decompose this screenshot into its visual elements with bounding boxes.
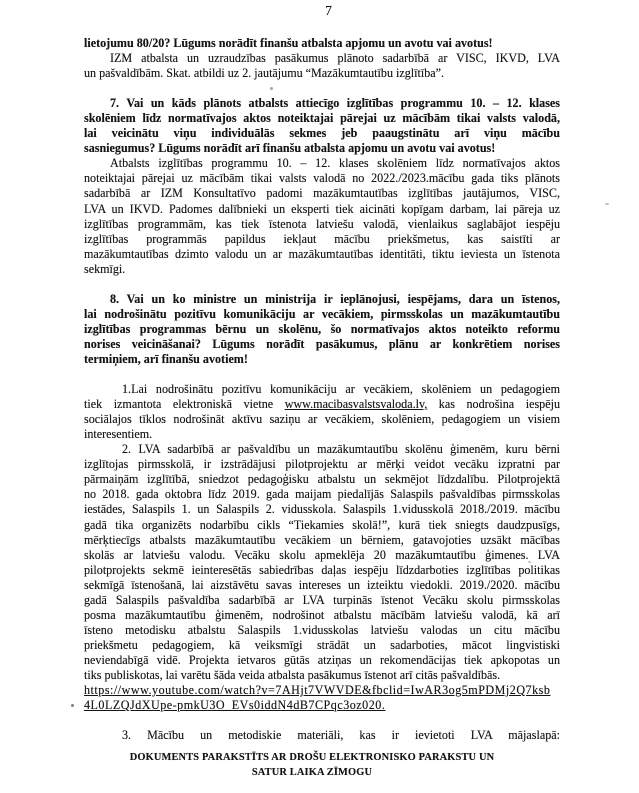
text-segment: skolēniem līdz normatīvajos aktos noteik… [84, 111, 560, 125]
text-line: pilotprojekts sekmē ieinteresētās sabied… [84, 563, 560, 578]
scan-artifact-dot [605, 203, 609, 205]
text-line: 3. Mācību un metodiskie materiāli, kas i… [84, 728, 560, 743]
text-line: īsteno metodisku atbalstu Salaspils 1.vi… [84, 623, 560, 638]
text-segment: gadā Salaspils pašvaldība sadarbībā ar L… [84, 593, 560, 607]
text-line: no 2018. gada oktobra līdz 2019. gada ma… [84, 487, 560, 502]
signature-footer: DOKUMENTS PARAKSTĪTS AR DROŠU ELEKTRONIS… [74, 751, 550, 781]
text-segment: izglītības programmās papildus iekļaut m… [84, 232, 560, 246]
hyperlink-line: https://www.youtube.com/watch?v=7AHjt7VW… [84, 683, 560, 698]
text-line: tiek izmantota elektroniskā vietne www.m… [84, 397, 560, 412]
text-segment: priekšmetu pedagogiem, kā veiksmīgi strā… [84, 638, 560, 652]
text-segment: lai veicinātu viņu individuālās sekmes j… [84, 126, 560, 140]
text-segment: mazākumtautības dzimto valodu un ar mazā… [84, 247, 560, 261]
text-line: sasniegumus? Lūgums norādīt arī finanšu … [84, 141, 560, 156]
text-line: Atbalsts izglītības programmu 10. – 12. … [84, 156, 560, 171]
text-segment: neviendabīgā vidē. Projekta ietvaros gūt… [84, 653, 560, 667]
text-line: norises veicināšanai? Lūgums norādīt pas… [84, 337, 560, 352]
footer-line-1: DOKUMENTS PARAKSTĪTS AR DROŠU ELEKTRONIS… [74, 751, 550, 766]
text-segment: īsteno metodisku atbalstu Salaspils 1.vi… [84, 623, 560, 637]
text-line: pārmaiņām izglītībā, sniedzot pedagoģisk… [84, 472, 560, 487]
text-segment: lietojumu 80/20? Lūgums norādīt finanšu … [84, 36, 493, 50]
text-segment: 3. Mācību un metodiskie materiāli, kas i… [122, 728, 560, 742]
text-segment: skolās ar latviešu valodu. Vecāku skolu … [84, 548, 560, 562]
text-segment: pilotprojekts sekmē ieinteresētās sabied… [84, 563, 560, 577]
text-line: interesentiem. [84, 427, 560, 442]
text-segment: mērķtiecīgs atbalsts mazākumtautību vecā… [84, 533, 560, 547]
text-line: tiks publiskotas, lai varētu šāda veida … [84, 668, 560, 683]
text-line: skolēniem līdz normatīvajos aktos noteik… [84, 111, 560, 126]
text-line: izglītojas pirmsskolā, ir izstrādājusi p… [84, 457, 560, 472]
text-line: izglītības programmas bērnu un skolēnu, … [84, 322, 560, 337]
text-line: 7. Vai un kāds plānots atbalsts attiecīg… [84, 96, 560, 111]
text-line: sadarbībā ar IZM Konsultatīvo padomi maz… [84, 186, 560, 201]
question-8: 8. Vai un ko ministre un ministrija ir i… [84, 292, 560, 367]
text-line: lietojumu 80/20? Lūgums norādīt finanšu … [84, 36, 560, 51]
scan-artifact-dot [528, 561, 531, 563]
text-line: neviendabīgā vidē. Projekta ietvaros gūt… [84, 653, 560, 668]
text-line: IZM atbalsta un uzraudzības pasākumus pl… [84, 51, 560, 66]
answer-8-item-1: 1.Lai nodrošinātu pozitīvu komunikāciju … [84, 382, 560, 442]
text-line: sociālajos tīklos nodrošināt aktīvu sazi… [84, 412, 560, 427]
text-segment: sociālajos tīklos nodrošināt aktīvu sazi… [84, 412, 560, 426]
text-segment: gadā tika organizēts nodarbību cikls “Ti… [84, 518, 560, 532]
scan-artifact-dot [71, 704, 74, 707]
text-line: sekmīgi. [84, 262, 560, 277]
footer-line-2: SATUR LAIKA ZĪMOGU [74, 766, 550, 781]
text-line: 2. LVA sadarbībā ar pašvaldību un mazāku… [84, 442, 560, 457]
link-text[interactable]: 4L0LZQJdXUpe-pmkU3O_EVs0iddN4dB7CPqc3oz0… [84, 698, 385, 712]
link-text[interactable]: https://www.youtube.com/watch?v=7AHjt7VW… [84, 683, 550, 697]
text-line: mērķtiecīgs atbalsts mazākumtautību vecā… [84, 533, 560, 548]
answer-6-izm: IZM atbalsta un uzraudzības pasākumus pl… [84, 51, 560, 81]
text-segment: iestādes, Salaspils 1. un Salaspils 2. v… [84, 502, 560, 516]
scan-artifact-dot [270, 87, 273, 90]
text-segment: 2. LVA sadarbībā ar pašvaldību un mazāku… [122, 442, 560, 456]
text-segment: kas nodrošina iespēju [427, 397, 560, 411]
text-segment: sekmīgi. [84, 262, 125, 276]
text-segment: izglītojas pirmsskolā, ir izstrādājusi p… [84, 457, 560, 471]
text-segment: tiks publiskotas, lai varētu šāda veida … [84, 668, 500, 682]
answer-8-item-3: 3. Mācību un metodiskie materiāli, kas i… [84, 728, 560, 743]
text-line: termiņiem, arī finanšu avotiem! [84, 352, 560, 367]
text-line: izglītības programmām, kas tiek īstenota… [84, 217, 560, 232]
text-line: iestādes, Salaspils 1. un Salaspils 2. v… [84, 502, 560, 517]
text-segment: LVA un IKVD. Padomes dalībnieki un ekspe… [84, 202, 560, 216]
document-body: lietojumu 80/20? Lūgums norādīt finanšu … [84, 36, 560, 743]
text-segment: 7. Vai un kāds plānots atbalsts attiecīg… [110, 96, 560, 110]
text-line: izglītības programmās papildus iekļaut m… [84, 232, 560, 247]
text-segment: posma mazākumtautību ģimenēm, nodrošinot… [84, 608, 560, 622]
text-line: gadā tika organizēts nodarbību cikls “Ti… [84, 518, 560, 533]
text-segment: sasniegumus? Lūgums norādīt arī finanšu … [84, 141, 495, 155]
text-line: skolās ar latviešu valodu. Vecāku skolu … [84, 548, 560, 563]
text-line: priekšmetu pedagogiem, kā veiksmīgi strā… [84, 638, 560, 653]
text-line: mazākumtautības dzimto valodu un ar mazā… [84, 247, 560, 262]
text-line: un pašvaldībām. Skat. atbildi uz 2. jaut… [84, 66, 560, 81]
text-segment: interesentiem. [84, 427, 152, 441]
text-segment: izglītības programmas bērnu un skolēnu, … [84, 322, 560, 336]
text-segment: un pašvaldībām. Skat. atbildi uz 2. jaut… [84, 66, 444, 80]
text-line: 1.Lai nodrošinātu pozitīvu komunikāciju … [84, 382, 560, 397]
text-segment: pārmaiņām izglītībā, sniedzot pedagoģisk… [84, 472, 560, 486]
text-line: LVA un IKVD. Padomes dalībnieki un ekspe… [84, 202, 560, 217]
text-segment: lai nodrošinātu pozitīvu komunikāciju ar… [84, 307, 560, 321]
text-line: gadā Salaspils pašvaldība sadarbībā ar L… [84, 593, 560, 608]
text-line: 8. Vai un ko ministre un ministrija ir i… [84, 292, 560, 307]
text-segment: tiek izmantota elektroniskā vietne [84, 397, 285, 411]
text-segment: IZM atbalsta un uzraudzības pasākumus pl… [110, 51, 560, 65]
text-segment: 8. Vai un ko ministre un ministrija ir i… [110, 292, 560, 306]
hyperlink-line: 4L0LZQJdXUpe-pmkU3O_EVs0iddN4dB7CPqc3oz0… [84, 698, 560, 713]
page-number: 7 [0, 3, 639, 19]
question-7: 7. Vai un kāds plānots atbalsts attiecīg… [84, 96, 560, 156]
scanned-document-page: 7 lietojumu 80/20? Lūgums norādīt finanš… [0, 0, 639, 793]
text-segment: termiņiem, arī finanšu avotiem! [84, 352, 248, 366]
text-segment: no 2018. gada oktobra līdz 2019. gada ma… [84, 487, 560, 501]
text-segment: sekmīgā īstenošanā, lai aizstāvētu savas… [84, 578, 560, 592]
text-segment: sadarbībā ar IZM Konsultatīvo padomi maz… [84, 186, 560, 200]
text-line: lai nodrošinātu pozitīvu komunikāciju ar… [84, 307, 560, 322]
answer-7: Atbalsts izglītības programmu 10. – 12. … [84, 156, 560, 276]
text-line: sekmīgā īstenošanā, lai aizstāvētu savas… [84, 578, 560, 593]
link-text[interactable]: www.macibasvalstsvaloda.lv, [285, 397, 428, 411]
text-segment: noteiktajai pārejai uz mācībām tikai val… [84, 171, 560, 185]
text-line: lai veicinātu viņu individuālās sekmes j… [84, 126, 560, 141]
answer-8-item-2: 2. LVA sadarbībā ar pašvaldību un mazāku… [84, 442, 560, 713]
text-segment: norises veicināšanai? Lūgums norādīt pas… [84, 337, 560, 351]
text-segment: 1.Lai nodrošinātu pozitīvu komunikāciju … [122, 382, 560, 396]
text-line: noteiktajai pārejai uz mācībām tikai val… [84, 171, 560, 186]
text-segment: izglītības programmām, kas tiek īstenota… [84, 217, 560, 231]
question-6-answer-tail: lietojumu 80/20? Lūgums norādīt finanšu … [84, 36, 560, 51]
text-line: posma mazākumtautību ģimenēm, nodrošinot… [84, 608, 560, 623]
text-segment: Atbalsts izglītības programmu 10. – 12. … [110, 156, 560, 170]
